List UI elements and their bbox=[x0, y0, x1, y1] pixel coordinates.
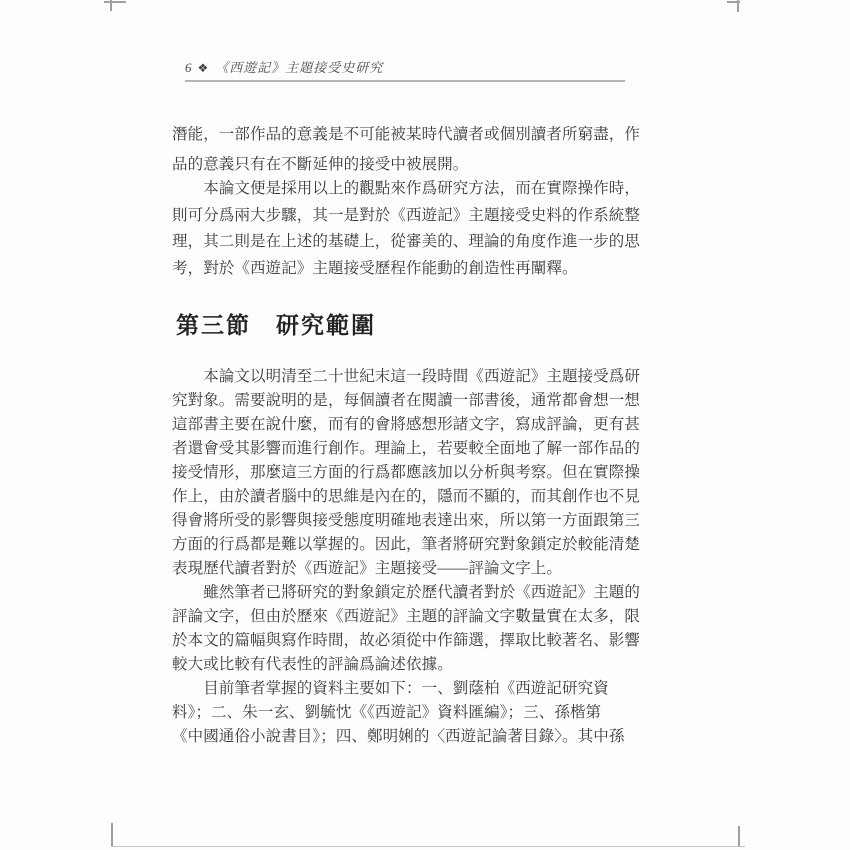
text-line: 料》；二、朱一玄、劉毓忱《《西遊記》資料匯編》；三、孫楷第 bbox=[172, 701, 650, 725]
text-line: 方面的行爲都是難以掌握的。因此，筆者將研究對象鎖定於較能清楚 bbox=[172, 533, 650, 557]
running-head: 6❖《西遊記》主題接受史研究 bbox=[185, 59, 383, 77]
text-line: 雖然筆者已將研究的對象鎖定於歷代讀者對於《西遊記》主題的 bbox=[172, 581, 650, 605]
paragraph: 目前筆者掌握的資料主要如下：一、劉蔭柏《西遊記研究資料》；二、朱一玄、劉毓忱《《… bbox=[172, 677, 650, 749]
section-heading: 第三節 研究範圍 bbox=[176, 310, 376, 340]
text-line: 考，對於《西遊記》主題接受歷程作能動的創造性再闡釋。 bbox=[172, 256, 650, 283]
page-bottom-edge-line bbox=[111, 846, 745, 847]
text-line: 接受情形，那麼這三方面的行爲都應該加以分析與考察。但在實際操 bbox=[172, 461, 650, 485]
text-line: 本論文以明清至二十世紀末這一段時間《西遊記》主題接受爲研 bbox=[172, 365, 650, 389]
running-head-title: 《西遊記》主題接受史研究 bbox=[215, 60, 383, 75]
text-line: 得會將所受的影響與接受態度明確地表達出來，所以第一方面跟第三 bbox=[172, 509, 650, 533]
crop-mark-top-right-vertical bbox=[737, 0, 739, 12]
crop-mark-bottom-right-vertical bbox=[738, 826, 740, 847]
text-line: 於本文的篇幅與寫作時間，故必須從中作篩選，擇取比較著名、影響 bbox=[172, 629, 650, 653]
running-head-rule bbox=[185, 80, 625, 82]
paragraph: 潛能，一部作品的意義是不可能被某時代讀者或個別讀者所窮盡，作品的意義只有在不斷延… bbox=[172, 120, 650, 180]
paragraph: 本論文以明清至二十世紀末這一段時間《西遊記》主題接受爲研究對象。需要說明的是，每… bbox=[172, 365, 650, 581]
text-line: 本論文便是採用以上的觀點來作爲研究方法，而在實際操作時， bbox=[172, 176, 650, 203]
paragraph: 雖然筆者已將研究的對象鎖定於歷代讀者對於《西遊記》主題的評論文字，但由於歷來《西… bbox=[172, 581, 650, 677]
text-line: 理，其二則是在上述的基礎上，從審美的、理論的角度作進一步的思 bbox=[172, 229, 650, 256]
text-line: 《中國通俗小說書目》；四、鄭明娳的〈西遊記論著目錄〉。其中孫 bbox=[172, 725, 650, 749]
crop-mark-bottom-left-vertical bbox=[111, 823, 113, 847]
scanned-book-page: 6❖《西遊記》主題接受史研究 第三節 研究範圍 潛能，一部作品的意義是不可能被某… bbox=[0, 0, 850, 850]
diamond-ornament-icon: ❖ bbox=[193, 61, 216, 75]
text-line: 目前筆者掌握的資料主要如下：一、劉蔭柏《西遊記研究資 bbox=[172, 677, 650, 701]
text-line: 者還會受其影響而進行創作。理論上，若要較全面地了解一部作品的 bbox=[172, 437, 650, 461]
text-line: 則可分爲兩大步驟，其一是對於《西遊記》主題接受史料的作系統整 bbox=[172, 203, 650, 230]
text-line: 評論文字，但由於歷來《西遊記》主題的評論文字數量實在太多，限 bbox=[172, 605, 650, 629]
paragraph: 本論文便是採用以上的觀點來作爲研究方法，而在實際操作時，則可分爲兩大步驟，其一是… bbox=[172, 176, 650, 282]
text-line: 表現歷代讀者對於《西遊記》主題接受——評論文字上。 bbox=[172, 557, 650, 581]
text-line: 潛能，一部作品的意義是不可能被某時代讀者或個別讀者所窮盡，作 bbox=[172, 120, 650, 150]
text-line: 較大或比較有代表性的評論爲論述依據。 bbox=[172, 653, 650, 677]
page-number: 6 bbox=[185, 60, 193, 75]
text-line: 這部書主要在說什麼，而有的會將感想形諸文字，寫成評論，更有甚 bbox=[172, 413, 650, 437]
crop-mark-top-left-horizontal bbox=[104, 1, 126, 3]
text-line: 作上，由於讀者腦中的思維是內在的，隱而不顯的，而其創作也不見 bbox=[172, 485, 650, 509]
text-line: 究對象。需要說明的是，每個讀者在閱讀一部書後，通常都會想一想 bbox=[172, 389, 650, 413]
crop-mark-top-left-vertical bbox=[110, 0, 112, 11]
